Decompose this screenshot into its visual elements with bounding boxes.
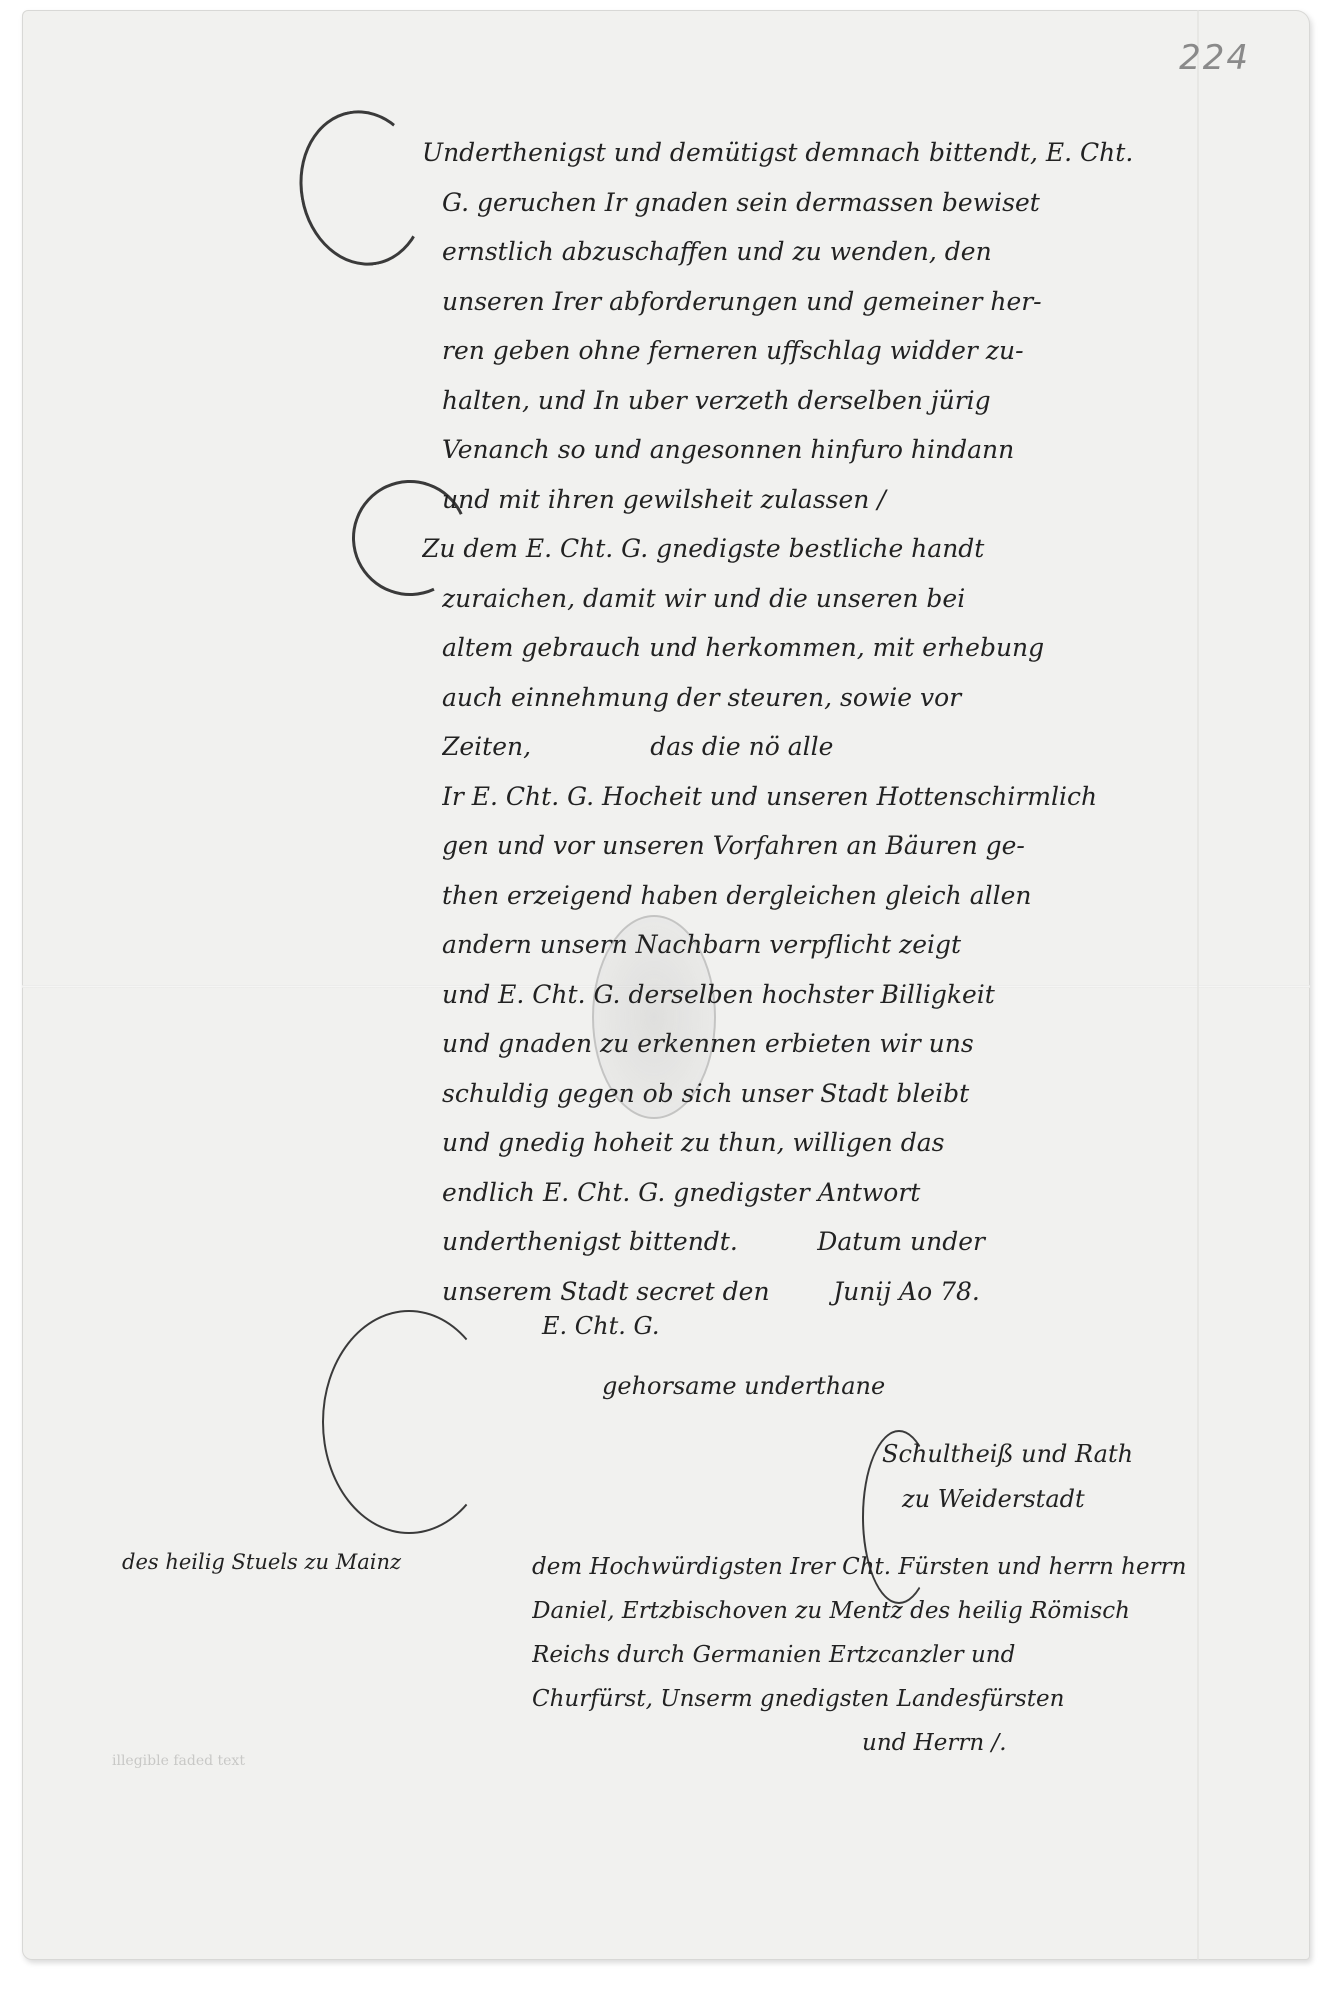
body-line: Underthenigst und demütigst demnach bitt… <box>422 128 1262 178</box>
initial-flourish-top <box>287 100 438 276</box>
body-line: auch einnehmung der steuren, sowie vor <box>442 673 1262 723</box>
body-line: Zeiten, das die nö alle <box>442 722 1262 772</box>
body-line: endlich E. Cht. G. gnedigster Antwort <box>442 1168 1262 1218</box>
body-line: G. geruchen Ir gnaden sein dermassen bew… <box>442 178 1262 228</box>
address-block: dem Hochwürdigsten Irer Cht. Fürsten und… <box>532 1545 1272 1765</box>
body-line: unserem Stadt secret den Junij Ao 78. <box>442 1267 1262 1317</box>
margin-note: des heilig Stuels zu Mainz <box>122 1550 401 1574</box>
body-line: underthenigst bittendt. Datum under <box>442 1217 1262 1267</box>
body-line: und gnaden zu erkennen erbieten wir uns <box>442 1019 1262 1069</box>
body-line: then erzeigend haben dergleichen gleich … <box>442 871 1262 921</box>
body-line: ren geben ohne ferneren uffschlag widder… <box>442 326 1262 376</box>
faded-bleed-through-text: illegible faded text <box>112 1750 412 1772</box>
body-line: andern unsern Nachbarn verpflicht zeigt <box>442 920 1262 970</box>
body-line: zuraichen, damit wir und die unseren bei <box>442 574 1262 624</box>
signature-line-1: Schultheiß und Rath <box>882 1440 1133 1468</box>
body-line: Venanch so und angesonnen hinfuro hindan… <box>442 425 1262 475</box>
body-line: Ir E. Cht. G. Hocheit und unseren Hotten… <box>442 772 1262 822</box>
initial-flourish-closing <box>322 1310 496 1534</box>
body-line: und E. Cht. G. derselben hochster Billig… <box>442 970 1262 1020</box>
closing-phrase: gehorsame underthane <box>602 1372 885 1400</box>
body-line: Zu dem E. Cht. G. gnedigste bestliche ha… <box>422 524 1262 574</box>
body-line: gen und vor unseren Vorfahren an Bäuren … <box>442 821 1262 871</box>
folio-number: 224 <box>1179 38 1250 78</box>
body-line: unseren Irer abforderungen und gemeiner … <box>442 277 1262 327</box>
address-line: Reichs durch Germanien Ertzcanzler und <box>532 1633 1272 1677</box>
body-line: altem gebrauch und herkommen, mit erhebu… <box>442 623 1262 673</box>
closing-salutation: E. Cht. G. <box>542 1312 659 1340</box>
signature-line-2: zu Weiderstadt <box>902 1485 1085 1513</box>
body-line: schuldig gegen ob sich unser Stadt bleib… <box>442 1069 1262 1119</box>
body-line: halten, und In uber verzeth derselben jü… <box>442 376 1262 426</box>
address-line: Churfürst, Unserm gnedigsten Landesfürst… <box>532 1677 1272 1721</box>
document-sheet: 224 Underthenigst und demütigst demnach … <box>22 10 1310 1960</box>
address-line: Daniel, Ertzbischoven zu Mentz des heili… <box>532 1589 1272 1633</box>
letter-body: Underthenigst und demütigst demnach bitt… <box>442 128 1262 1316</box>
address-line: dem Hochwürdigsten Irer Cht. Fürsten und… <box>532 1545 1272 1589</box>
body-line: und mit ihren gewilsheit zulassen / <box>442 475 1262 525</box>
address-line: und Herrn /. <box>532 1721 1272 1765</box>
body-line: ernstlich abzuschaffen und zu wenden, de… <box>442 227 1262 277</box>
body-line: und gnedig hoheit zu thun, willigen das <box>442 1118 1262 1168</box>
